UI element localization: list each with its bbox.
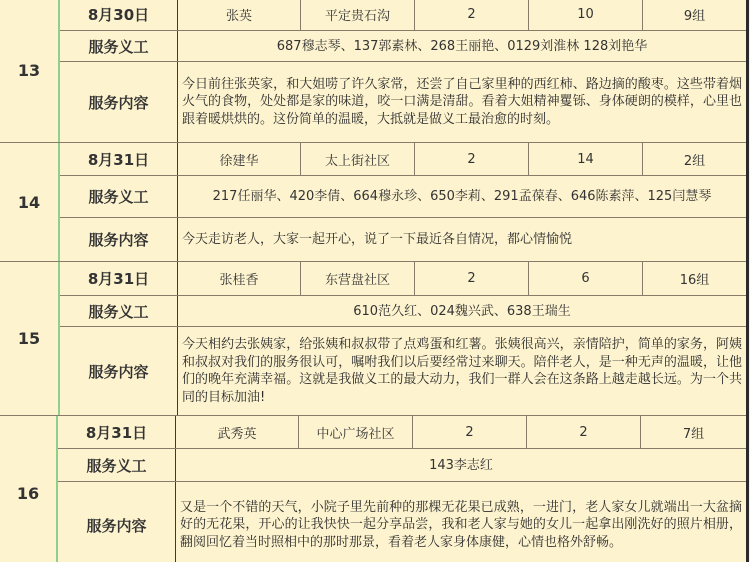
content-label: 服务内容	[60, 327, 178, 415]
record-number: 15	[0, 262, 60, 415]
place-cell: 平定贵石沟	[301, 0, 415, 30]
volunteers-label: 服务义工	[60, 31, 178, 61]
volunteer-service-table: 13 8月30日 张英 平定贵石沟 2 10 9组 服务义工 687穆志琴、13…	[0, 0, 749, 562]
elder-name-cell: 武秀英	[176, 416, 299, 448]
volunteers-label: 服务义工	[60, 176, 178, 217]
count-a-cell: 2	[415, 262, 529, 295]
date-cell: 8月31日	[58, 416, 176, 448]
count-b-cell: 6	[529, 262, 643, 295]
date-cell: 8月31日	[60, 143, 178, 175]
count-a-cell: 2	[413, 416, 527, 448]
volunteers-list: 217任丽华、420李倩、664穆永珍、650李莉、291孟葆春、646陈素萍、…	[178, 176, 746, 217]
date-cell: 8月31日	[60, 262, 178, 295]
volunteers-row: 服务义工 610范久红、024魏兴武、638王瑞生	[60, 296, 746, 327]
content-label: 服务内容	[60, 218, 178, 261]
volunteers-list: 687穆志琴、137郭素林、268王丽艳、0129刘淮林 128刘艳华	[178, 31, 746, 61]
content-row: 服务内容 今天相约去张姨家，给张姨和叔叔带了点鸡蛋和红薯。张姨很高兴，亲情陪护，…	[60, 327, 746, 415]
record-16: 16 8月31日 武秀英 中心广场社区 2 2 7组 服务义工 143李志红 服…	[0, 416, 746, 562]
service-content-text: 今天相约去张姨家，给张姨和叔叔带了点鸡蛋和红薯。张姨很高兴，亲情陪护，简单的家务…	[178, 327, 746, 415]
volunteers-list: 610范久红、024魏兴武、638王瑞生	[178, 296, 746, 326]
date-cell: 8月30日	[60, 0, 178, 30]
volunteers-row: 服务义工 687穆志琴、137郭素林、268王丽艳、0129刘淮林 128刘艳华	[60, 31, 746, 62]
group-cell: 7组	[641, 416, 746, 448]
record-info-row: 8月30日 张英 平定贵石沟 2 10 9组	[60, 0, 746, 31]
group-cell: 9组	[643, 0, 746, 30]
content-row: 服务内容 又是一个不错的天气，小院子里先前种的那棵无花果已成熟，一进门，老人家女…	[58, 482, 746, 562]
record-14: 14 8月31日 徐建华 太上街社区 2 14 2组 服务义工 217任丽华、4…	[0, 143, 746, 262]
record-info-row: 8月31日 张桂香 东营盘社区 2 6 16组	[60, 262, 746, 296]
content-label: 服务内容	[60, 62, 178, 142]
count-b-cell: 14	[529, 143, 643, 175]
elder-name-cell: 张英	[178, 0, 301, 30]
count-a-cell: 2	[415, 0, 529, 30]
volunteers-row: 服务义工 143李志红	[58, 449, 746, 482]
group-cell: 2组	[643, 143, 746, 175]
record-info-row: 8月31日 武秀英 中心广场社区 2 2 7组	[58, 416, 746, 449]
elder-name-cell: 徐建华	[178, 143, 301, 175]
content-row: 服务内容 今天走访老人，大家一起开心，说了一下最近各自情况，都心情愉悦	[60, 218, 746, 261]
count-b-cell: 10	[529, 0, 643, 30]
record-number: 16	[0, 416, 58, 562]
elder-name-cell: 张桂香	[178, 262, 301, 295]
volunteers-row: 服务义工 217任丽华、420李倩、664穆永珍、650李莉、291孟葆春、64…	[60, 176, 746, 218]
service-content-text: 今日前往张英家，和大姐唠了许久家常，还尝了自己家里种的西红柿、路边摘的酸枣。这些…	[178, 62, 746, 142]
record-info-row: 8月31日 徐建华 太上街社区 2 14 2组	[60, 143, 746, 176]
content-label: 服务内容	[58, 482, 176, 562]
volunteers-label: 服务义工	[58, 449, 176, 481]
record-number: 13	[0, 0, 60, 142]
record-number: 14	[0, 143, 60, 261]
count-a-cell: 2	[415, 143, 529, 175]
volunteers-list: 143李志红	[176, 449, 746, 481]
count-b-cell: 2	[527, 416, 641, 448]
group-cell: 16组	[643, 262, 746, 295]
place-cell: 东营盘社区	[301, 262, 415, 295]
place-cell: 太上街社区	[301, 143, 415, 175]
service-content-text: 又是一个不错的天气，小院子里先前种的那棵无花果已成熟，一进门，老人家女儿就端出一…	[176, 482, 746, 562]
record-15: 15 8月31日 张桂香 东营盘社区 2 6 16组 服务义工 610范久红、0…	[0, 262, 746, 416]
service-content-text: 今天走访老人，大家一起开心，说了一下最近各自情况，都心情愉悦	[178, 218, 746, 261]
content-row: 服务内容 今日前往张英家，和大姐唠了许久家常，还尝了自己家里种的西红柿、路边摘的…	[60, 62, 746, 142]
volunteers-label: 服务义工	[60, 296, 178, 326]
place-cell: 中心广场社区	[299, 416, 413, 448]
record-13: 13 8月30日 张英 平定贵石沟 2 10 9组 服务义工 687穆志琴、13…	[0, 0, 746, 143]
